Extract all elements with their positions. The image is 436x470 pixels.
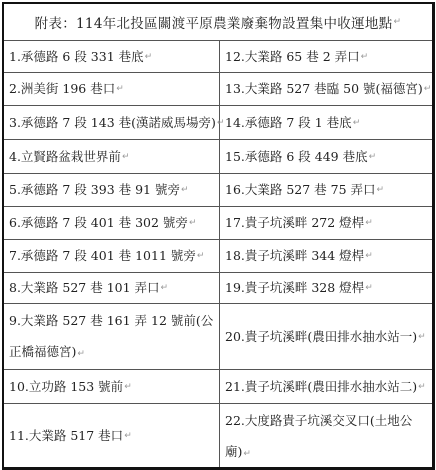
table-cell-location-18: 18.貴子坑溪畔 344 燈桿↵ — [220, 240, 432, 273]
table-cell-location-8: 8.大業路 527 巷 101 弄口↵ — [4, 273, 219, 304]
table-cell-location-1: 1.承德路 6 段 331 巷底↵ — [4, 41, 219, 73]
table-cell-location-4: 4.立賢路盆栽世界前↵ — [4, 140, 219, 174]
table-cell-location-11: 11.大業路 517 巷口↵ — [4, 404, 219, 467]
table-cell-location-10: 10.立功路 153 號前↵ — [4, 370, 219, 404]
return-mark-icon: ↵ — [124, 421, 132, 451]
table-cell-location-21: 21.貴子坑溪畔(農田排水抽水站二)↵ — [220, 370, 432, 404]
return-mark-icon: ↵ — [145, 42, 153, 72]
table-cell-location-9: 9.大業路 527 巷 161 弄 12 號前(公正橋福德宮)↵ — [4, 304, 219, 370]
return-mark-icon: ↵ — [361, 42, 369, 72]
return-mark-icon: ↵ — [365, 273, 373, 303]
return-mark-icon: ↵ — [124, 372, 132, 402]
return-mark-icon: ↵ — [377, 175, 385, 205]
table-title: 附表：114年北投區關渡平原農業廢棄物設置集中收運地點↵ — [4, 4, 432, 41]
table-cell-location-12: 12.大業路 65 巷 2 弄口↵ — [220, 41, 432, 73]
return-mark-icon: ↵ — [116, 74, 124, 104]
return-mark-icon: ↵ — [77, 349, 85, 359]
table-cell-location-22: 22.大度路貴子坑溪交叉口(土地公廟)↵ — [220, 404, 432, 467]
return-mark-icon: ↵ — [418, 322, 426, 352]
table-cell-location-7: 7.承德路 7 段 401 巷 1011 號旁↵ — [4, 240, 219, 273]
table-title-text: 附表：114年北投區關渡平原農業廢棄物設置集中收運地點 — [35, 12, 393, 32]
return-mark-icon: ↵ — [394, 17, 402, 27]
return-mark-icon: ↵ — [369, 142, 377, 172]
return-mark-icon: ↵ — [197, 241, 205, 271]
return-mark-icon: ↵ — [181, 175, 189, 205]
return-mark-icon: ↵ — [418, 372, 426, 402]
table-cell-location-2: 2.洲美街 196 巷口↵ — [4, 73, 219, 106]
table-cell-location-6: 6.承德路 7 段 401 巷 302 號旁↵ — [4, 207, 219, 240]
table-cell-location-3: 3.承德路 7 段 143 巷(漢諾威馬場旁)↵ — [4, 106, 219, 140]
table-cell-location-20: 20.貴子坑溪畔(農田排水抽水站一)↵ — [220, 304, 432, 370]
table-cell-location-13: 13.大業路 527 巷臨 50 號(福德宮)↵ — [220, 73, 432, 106]
return-mark-icon: ↵ — [353, 108, 361, 138]
return-mark-icon: ↵ — [365, 241, 373, 271]
return-mark-icon: ↵ — [424, 74, 432, 104]
return-mark-icon: ↵ — [122, 142, 130, 172]
location-table: 附表：114年北投區關渡平原農業廢棄物設置集中收運地點↵ 1.承德路 6 段 3… — [2, 2, 435, 470]
table-cell-location-15: 15.承德路 6 段 449 巷底↵ — [220, 140, 432, 174]
table-cell-location-17: 17.貴子坑溪畔 272 燈桿↵ — [220, 207, 432, 240]
table-cell-location-5: 5.承德路 7 段 393 巷 91 號旁↵ — [4, 174, 219, 207]
return-mark-icon: ↵ — [189, 208, 197, 238]
return-mark-icon: ↵ — [161, 273, 169, 303]
table-cell-location-16: 16.大業路 527 巷 75 弄口↵ — [220, 174, 432, 207]
table-cell-location-14: 14.承德路 7 段 1 巷底↵ — [220, 106, 432, 140]
return-mark-icon: ↵ — [243, 449, 251, 459]
return-mark-icon: ↵ — [365, 208, 373, 238]
table-cell-location-19: 19.貴子坑溪畔 328 燈桿↵ — [220, 273, 432, 304]
